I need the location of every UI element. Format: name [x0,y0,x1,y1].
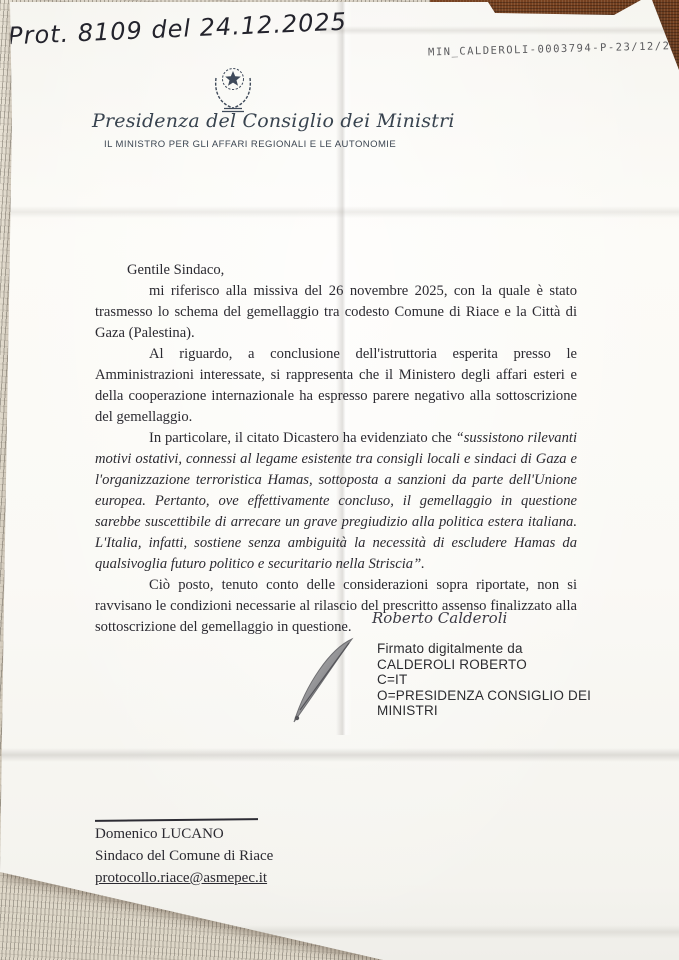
signatory-name: Roberto Calderoli [372,609,507,627]
recipient-email: protocollo.riace@asmepec.it [95,870,267,887]
italy-emblem-icon [209,62,257,114]
paper-crease-horizontal-1 [0,206,679,218]
digital-signature-line: C=IT [377,672,607,688]
letter-paper: Prot. 8109 del 24.12.2025 MIN_CALDEROLI-… [0,0,679,960]
letter-body: Gentile Sindaco, mi riferisco alla missi… [95,260,577,638]
salutation: Gentile Sindaco, [95,260,577,281]
digital-signature-line: Firmato digitalmente da [377,641,607,657]
paper-crease-horizontal-4 [0,925,679,939]
paper-crease-horizontal-2 [0,748,679,762]
digital-signature-line: O=PRESIDENZA CONSIGLIO DEI [377,688,607,704]
recipient-name: Domenico LUCANO [95,826,224,843]
letterhead-office: IL MINISTRO PER GLI AFFARI REGIONALI E L… [104,139,424,150]
handwritten-protocol-note: Prot. 8109 del 24.12.2025 [8,6,389,51]
paragraph-4: Ciò posto, tenuto conto delle consideraz… [95,575,577,638]
paragraph-1: mi riferisco alla missiva del 26 novembr… [95,281,577,344]
recipient-title: Sindaco del Comune di Riace [95,848,273,865]
paragraph-2: Al riguardo, a conclusione dell'istrutto… [95,344,577,428]
paragraph-3-lead: In particolare, il citato Dicastero ha e… [149,430,456,446]
protocol-stamp: MIN_CALDEROLI-0003794-P-23/12/2025 [428,40,679,59]
digital-signature-line: CALDEROLI ROBERTO [377,657,607,673]
fountain-pen-icon [288,636,362,728]
letterhead-organization: Presidenza del Consiglio dei Ministri [92,110,412,132]
paragraph-3: In particolare, il citato Dicastero ha e… [95,428,577,575]
recipient-separator-line [95,818,258,822]
digital-signature-block: Firmato digitalmente da CALDEROLI ROBERT… [377,641,607,719]
paragraph-3-quote: “sussistono rilevanti motivi ostativi, c… [95,430,577,572]
paper-shadow-wrap: Prot. 8109 del 24.12.2025 MIN_CALDEROLI-… [0,0,679,960]
digital-signature-line: MINISTRI [377,703,607,719]
